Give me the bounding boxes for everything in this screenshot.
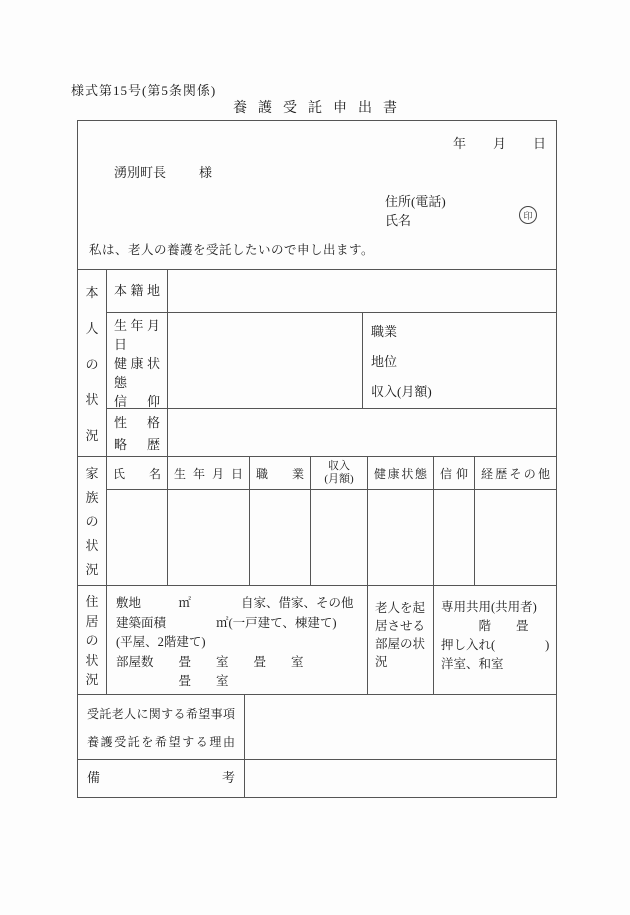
family-input-cell-occupation[interactable] bbox=[249, 489, 310, 585]
remarks-label: 備考 bbox=[78, 759, 244, 797]
family-header-health: 健康状態 bbox=[367, 456, 433, 489]
registered-domicile-label: 本籍地 bbox=[106, 269, 167, 312]
housing-site-line: 畳 室 bbox=[116, 672, 363, 692]
wishes-input-cell[interactable] bbox=[244, 694, 556, 759]
family-header-birthdate: 生年月日 bbox=[167, 456, 249, 489]
form-table: 年 月 日 湧別町長 様 住所(電話) 氏名 印 私は、老人の養護を受託したいの… bbox=[77, 120, 557, 798]
family-header-history: 経歴その他 bbox=[474, 456, 556, 489]
housing-site-line: 部屋数 畳 室 畳 室 bbox=[116, 653, 363, 673]
honorific: 様 bbox=[199, 162, 212, 181]
person-attributes-input-cell[interactable] bbox=[167, 312, 362, 408]
position-label: 地位 bbox=[371, 351, 549, 370]
housing-site-line: 敷地 ㎡ 自家、借家、その他 bbox=[116, 594, 363, 614]
history-label: 略歴 bbox=[114, 434, 160, 453]
person-section-label: 本人の状況 bbox=[78, 269, 106, 456]
form-page: 様式第15号(第5条関係) 養護受託申出書 年 月 日 湧別町長 様 住所(電話… bbox=[0, 0, 630, 915]
family-header-faith: 信仰 bbox=[433, 456, 474, 489]
family-input-cell-income[interactable] bbox=[310, 489, 367, 585]
remarks-input-cell[interactable] bbox=[244, 759, 556, 797]
birth-date-label: 生年月日 bbox=[114, 315, 160, 353]
housing-site-cell[interactable]: 敷地 ㎡ 自家、借家、その他 建築面積 ㎡(一戸建て、棟建て) (平屋、2階建て… bbox=[106, 585, 367, 694]
elderly-room-status-label: 老人を起居させる部屋の状況 bbox=[375, 599, 427, 671]
character-label: 性格 bbox=[114, 412, 160, 431]
wishes-labels: 受託老人に関する希望事項 養護受託を希望する理由 bbox=[78, 694, 244, 759]
date-day-label: 日 bbox=[533, 133, 546, 152]
room-detail-line: 専用共用(共用者) bbox=[441, 598, 554, 617]
name-label: 氏名 bbox=[385, 210, 411, 229]
elderly-room-status-label-cell: 老人を起居させる部屋の状況 bbox=[367, 585, 433, 694]
seal-text: 印 bbox=[523, 209, 532, 222]
family-input-cell-faith[interactable] bbox=[433, 489, 474, 585]
room-detail-line: 階 畳 bbox=[441, 617, 554, 636]
address-phone-label: 住所(電話) bbox=[385, 191, 446, 210]
room-detail-line: 押し入れ( ) bbox=[441, 636, 554, 655]
room-detail-line: 洋室、和室 bbox=[441, 655, 554, 674]
character-history-input-cell[interactable] bbox=[167, 408, 556, 456]
family-input-cell-history[interactable] bbox=[474, 489, 556, 585]
housing-section-label: 住居の状況 bbox=[78, 585, 106, 694]
application-statement: 私は、老人の養護を受託したいので申し出ます。 bbox=[89, 240, 374, 258]
addressee-name: 湧別町長 bbox=[114, 162, 166, 181]
wishes-about-elderly-label: 受託老人に関する希望事項 bbox=[87, 705, 235, 722]
family-section-label: 家族の状況 bbox=[78, 456, 106, 585]
reason-for-consignment-label: 養護受託を希望する理由 bbox=[87, 733, 235, 750]
date-month-label: 月 bbox=[493, 133, 506, 152]
occupation-label: 職業 bbox=[371, 321, 549, 340]
family-input-cell-name[interactable] bbox=[106, 489, 167, 585]
family-input-cell-birthdate[interactable] bbox=[167, 489, 249, 585]
person-work-labels: 職業 地位 収入(月額) bbox=[362, 312, 556, 408]
family-input-cell-health[interactable] bbox=[367, 489, 433, 585]
housing-site-line: 建築面積 ㎡(一戸建て、棟建て) bbox=[116, 614, 363, 634]
family-header-income: 収入 (月額) bbox=[310, 456, 367, 489]
date-year-label: 年 bbox=[453, 133, 466, 152]
family-header-occupation: 職業 bbox=[249, 456, 310, 489]
registered-domicile-input-cell[interactable] bbox=[167, 269, 556, 312]
addressee-line: 湧別町長 様 bbox=[114, 162, 212, 181]
date-line: 年 月 日 bbox=[453, 133, 546, 152]
seal-icon: 印 bbox=[519, 206, 537, 224]
form-title: 養護受託申出書 bbox=[0, 97, 630, 117]
income-label: 収入(月額) bbox=[371, 381, 549, 400]
character-history-labels: 性格 略歴 bbox=[106, 408, 167, 456]
person-attributes-labels: 生年月日 健康状態 信仰 bbox=[106, 312, 167, 408]
room-detail-cell[interactable]: 専用共用(共用者) 階 畳 押し入れ( ) 洋室、和室 bbox=[433, 585, 556, 694]
health-label: 健康状態 bbox=[114, 353, 160, 391]
family-header-name: 氏名 bbox=[106, 456, 167, 489]
housing-site-line: (平屋、2階建て) bbox=[116, 633, 363, 653]
